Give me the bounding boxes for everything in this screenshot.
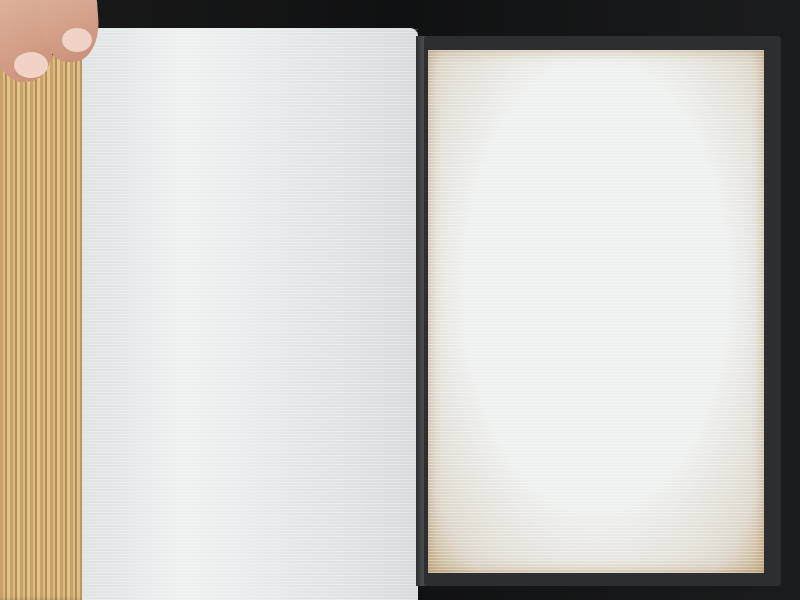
text-block-edges (0, 55, 86, 600)
pastedown-endpaper (428, 50, 764, 573)
left-flyleaf-page (82, 28, 418, 600)
